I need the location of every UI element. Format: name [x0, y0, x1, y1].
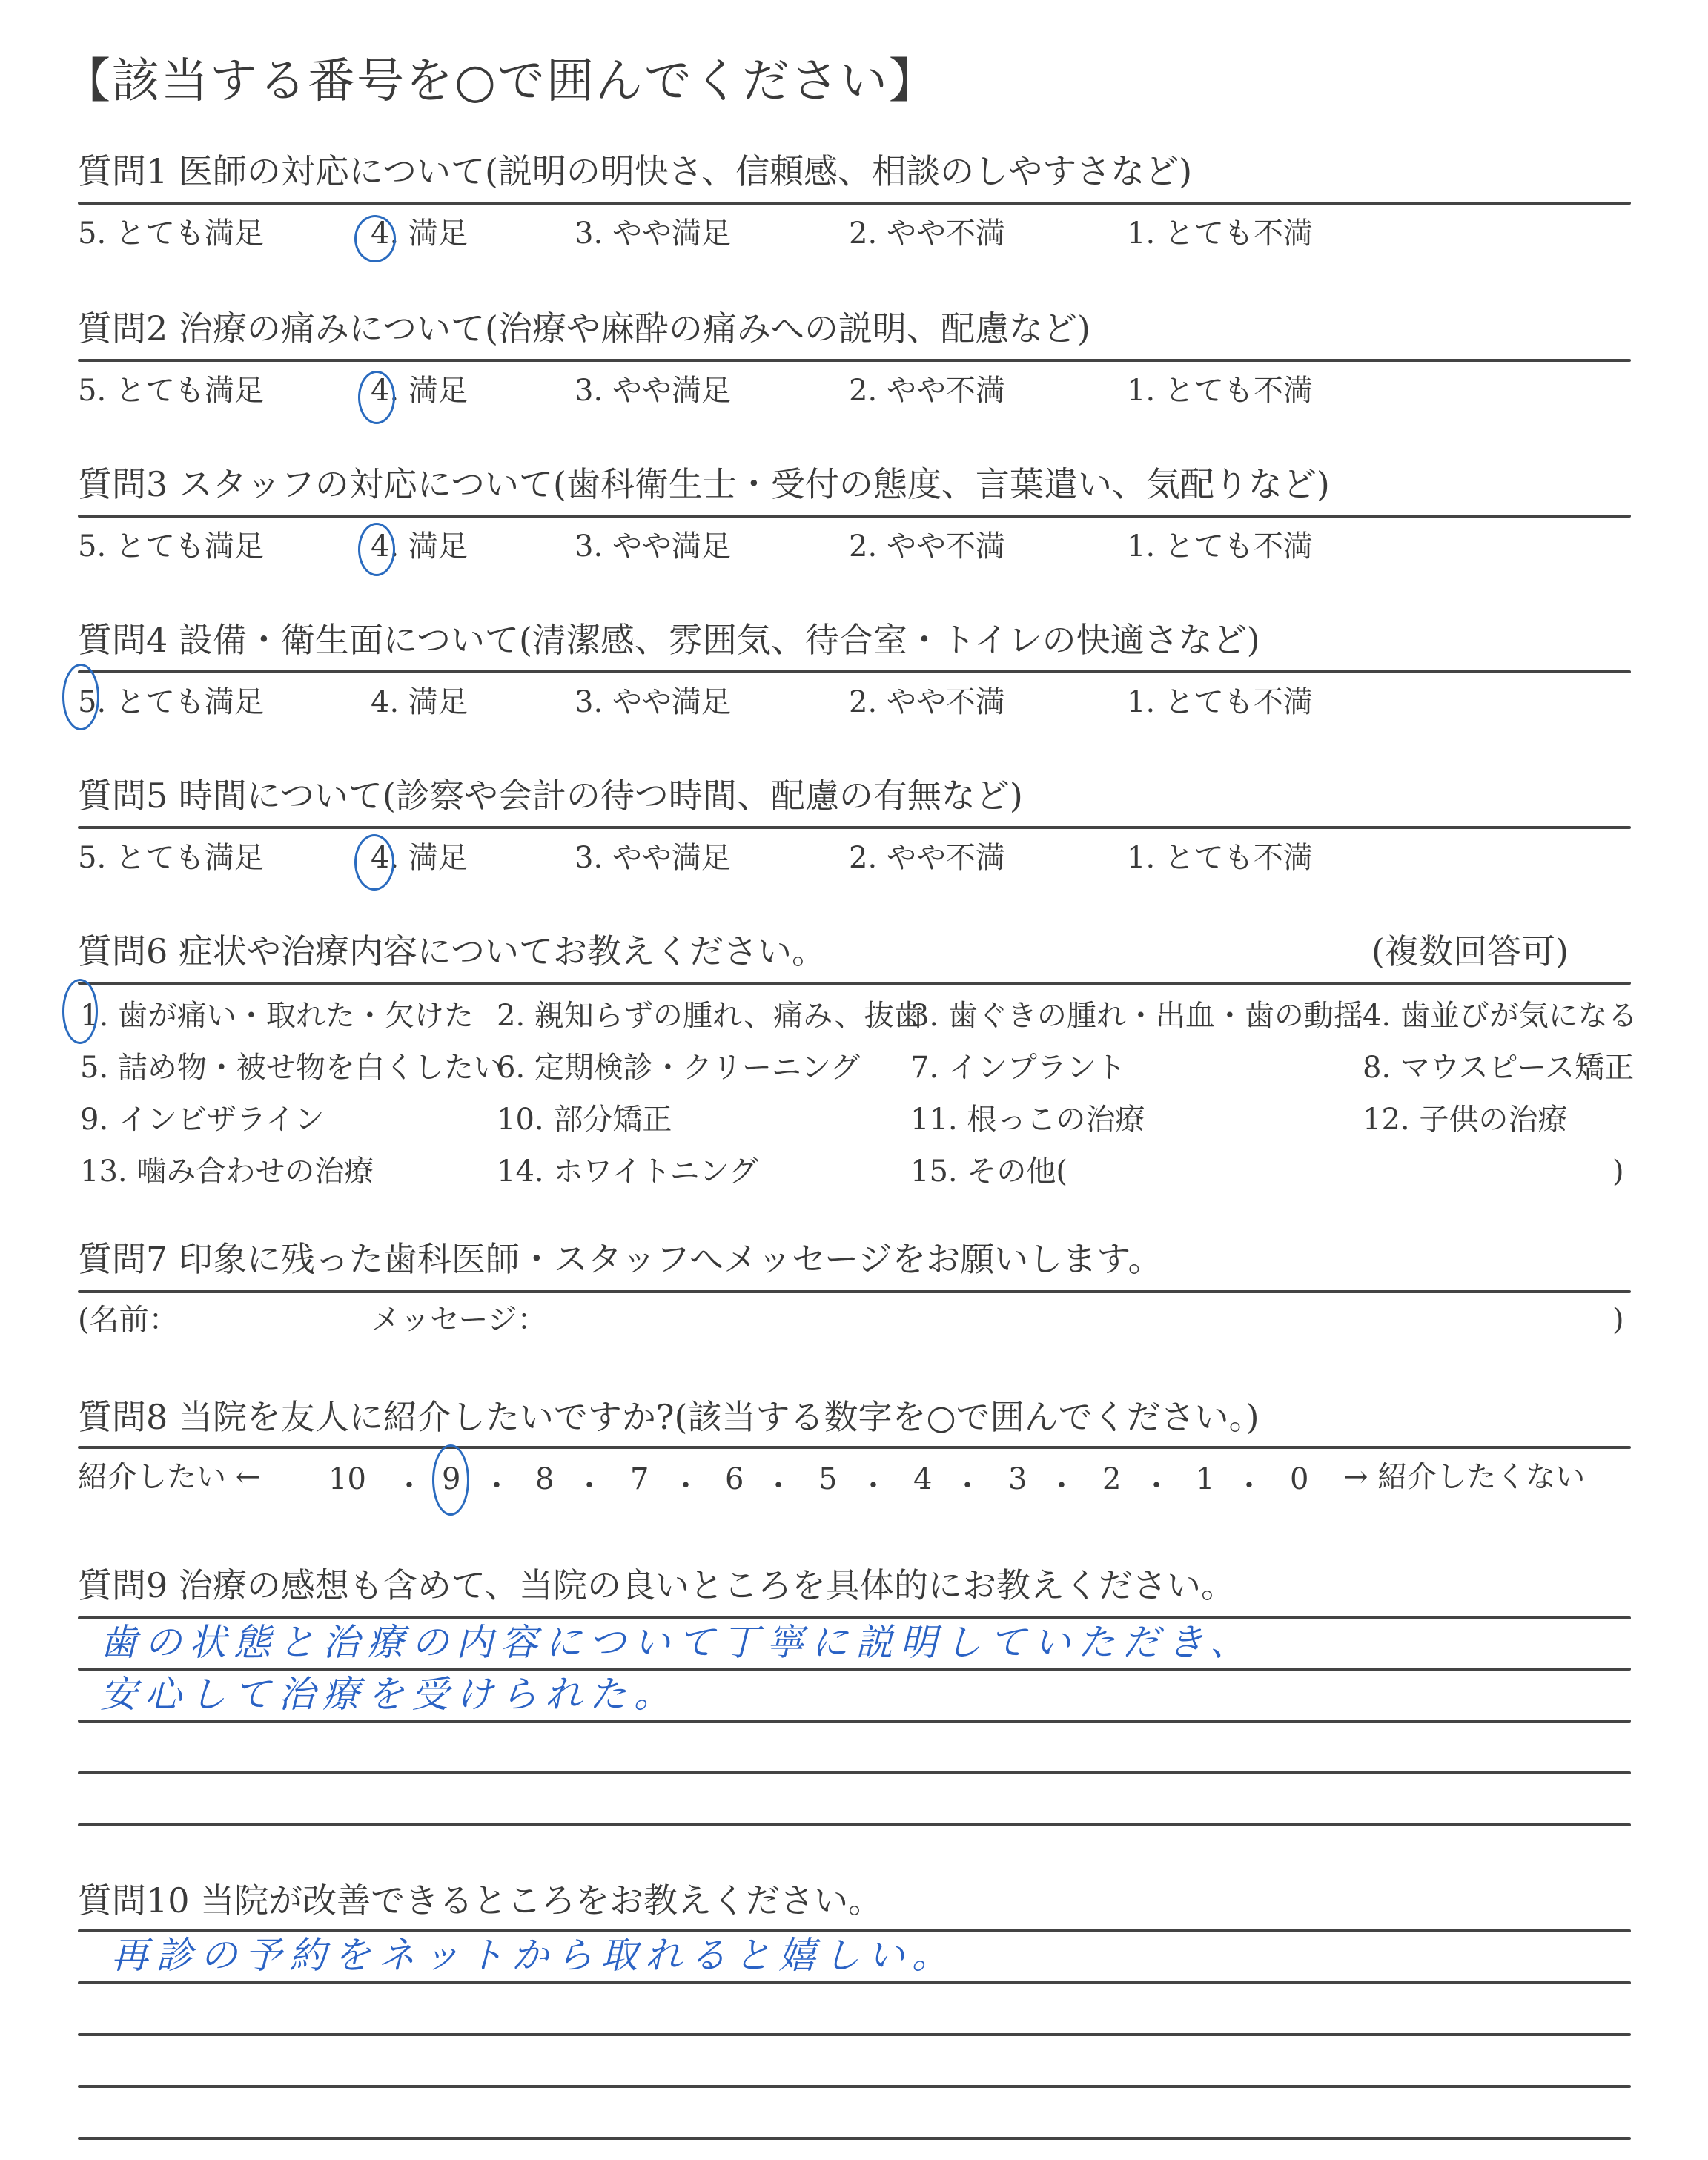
selection-circle	[62, 664, 99, 730]
selection-circle	[354, 834, 394, 891]
option-4[interactable]: 4. 満足	[371, 687, 468, 717]
scale-separator: ・	[394, 1462, 424, 1505]
scale-left-label: 紹介したい ←	[78, 1462, 260, 1492]
scale-6[interactable]: 6	[725, 1462, 744, 1496]
option-2[interactable]: 2. やや不満	[849, 532, 1005, 561]
message-label: メッセージ：	[371, 1305, 547, 1335]
option-1[interactable]: 1. とても不満	[1127, 532, 1313, 561]
scale-8[interactable]: 8	[535, 1462, 554, 1496]
handwritten-answer-line-1[interactable]: 再診の予約をネットから取れると嬉しい。	[111, 1937, 956, 1974]
selection-circle	[358, 523, 395, 576]
handwritten-answer-line-2[interactable]: 安心して治療を受けられた。	[100, 1676, 678, 1713]
scale-0[interactable]: 0	[1290, 1462, 1308, 1496]
question-8-label: 質問8 当院を友人に紹介したいですか?(該当する数字を○で囲んでください。)	[78, 1400, 1260, 1434]
selection-circle	[62, 979, 98, 1044]
scale-3[interactable]: 3	[1008, 1462, 1027, 1496]
option-2[interactable]: 2. やや不満	[849, 843, 1005, 873]
answer-line	[78, 1668, 1631, 1671]
answer-line	[78, 2033, 1631, 2036]
answer-line	[78, 2085, 1631, 2088]
question-7-label: 質問7 印象に残った歯科医師・スタッフへメッセージをお願いします。	[78, 1242, 1162, 1276]
divider	[78, 1929, 1631, 1932]
divider	[78, 359, 1631, 362]
close-paren: )	[1612, 1305, 1624, 1335]
option-5[interactable]: 5. とても満足	[78, 219, 264, 248]
option-2[interactable]: 2. やや不満	[849, 687, 1005, 717]
question-3-label: 質問3 スタッフの対応について(歯科衛生士・受付の態度、言葉遣い、気配りなど)	[78, 467, 1330, 501]
divider	[78, 982, 1631, 985]
answer-line	[78, 2137, 1631, 2140]
scale-10[interactable]: 10	[328, 1462, 366, 1496]
answer-line	[78, 1981, 1631, 1984]
q6-option-10[interactable]: 10. 部分矯正	[497, 1105, 672, 1135]
handwritten-answer-line-1[interactable]: 歯の状態と治療の内容について丁寧に説明していただき、	[100, 1624, 1254, 1661]
scale-4[interactable]: 4	[913, 1462, 932, 1496]
q6-other-close-paren: )	[1612, 1157, 1624, 1186]
multiple-answers-note: (複数回答可)	[1371, 934, 1569, 968]
option-3[interactable]: 3. やや満足	[575, 843, 731, 873]
q6-option-8[interactable]: 8. マウスピース矯正	[1363, 1053, 1634, 1083]
option-5[interactable]: 5. とても満足	[78, 376, 264, 406]
option-1[interactable]: 1. とても不満	[1127, 376, 1313, 406]
scale-separator: ・	[1234, 1462, 1264, 1505]
question-4-label: 質問4 設備・衛生面について(清潔感、雰囲気、待合室・トイレの快適さなど)	[78, 623, 1260, 657]
q6-option-5[interactable]: 5. 詰め物・被せ物を白くしたい	[80, 1053, 503, 1083]
scale-right-label: → 紹介したくない	[1343, 1462, 1585, 1492]
name-label: (名前：	[78, 1305, 179, 1335]
scale-separator: ・	[858, 1462, 888, 1505]
scale-separator: ・	[1142, 1462, 1171, 1505]
q6-option-1[interactable]: 1. 歯が痛い・取れた・欠けた	[80, 1001, 474, 1031]
form-title: 【該当する番号を○で囲んでください】	[63, 58, 938, 105]
option-1[interactable]: 1. とても不満	[1127, 687, 1313, 717]
scale-7[interactable]: 7	[630, 1462, 649, 1496]
option-1[interactable]: 1. とても不満	[1127, 219, 1313, 248]
option-1[interactable]: 1. とても不満	[1127, 843, 1313, 873]
q6-option-15[interactable]: 15. その他(	[910, 1157, 1067, 1186]
answer-line	[78, 1720, 1631, 1723]
option-5[interactable]: 5. とても満足	[78, 532, 264, 561]
scale-separator: ・	[1047, 1462, 1076, 1505]
divider	[78, 1616, 1631, 1619]
q6-option-4[interactable]: 4. 歯並びが気になる	[1363, 1001, 1638, 1031]
q6-option-9[interactable]: 9. インビザライン	[80, 1105, 325, 1135]
option-5[interactable]: 5. とても満足	[78, 687, 264, 717]
selection-circle	[354, 215, 396, 262]
option-2[interactable]: 2. やや不満	[849, 376, 1005, 406]
option-3[interactable]: 3. やや満足	[575, 219, 731, 248]
scale-5[interactable]: 5	[818, 1462, 837, 1496]
q6-option-2[interactable]: 2. 親知らずの腫れ、痛み、抜歯	[497, 1001, 924, 1031]
q6-option-3[interactable]: 3. 歯ぐきの腫れ・出血・歯の動揺	[910, 1001, 1363, 1031]
q6-option-11[interactable]: 11. 根っこの治療	[910, 1105, 1145, 1135]
option-3[interactable]: 3. やや満足	[575, 687, 731, 717]
option-2[interactable]: 2. やや不満	[849, 219, 1005, 248]
question-9-label: 質問9 治療の感想も含めて、当院の良いところを具体的にお教えください。	[78, 1568, 1235, 1602]
scale-separator: ・	[482, 1462, 512, 1505]
answer-line	[78, 1771, 1631, 1774]
option-5[interactable]: 5. とても満足	[78, 843, 264, 873]
name-field[interactable]	[215, 1305, 348, 1338]
message-field[interactable]	[563, 1305, 1601, 1338]
selection-circle	[358, 371, 395, 424]
divider	[78, 1446, 1631, 1449]
divider	[78, 826, 1631, 829]
q6-option-13[interactable]: 13. 噛み合わせの治療	[80, 1157, 374, 1186]
question-1-label: 質問1 医師の対応について(説明の明快さ、信頼感、相談のしやすさなど)	[78, 154, 1192, 188]
divider	[78, 202, 1631, 205]
scale-separator: ・	[575, 1462, 604, 1505]
answer-line	[78, 1823, 1631, 1826]
q6-option-12[interactable]: 12. 子供の治療	[1363, 1105, 1567, 1135]
scale-separator: ・	[671, 1462, 701, 1505]
divider	[78, 515, 1631, 518]
question-6-label: 質問6 症状や治療内容についてお教えください。	[78, 934, 826, 968]
option-3[interactable]: 3. やや満足	[575, 376, 731, 406]
scale-1[interactable]: 1	[1196, 1462, 1214, 1496]
q6-option-6[interactable]: 6. 定期検診・クリーニング	[497, 1053, 860, 1083]
question-10-label: 質問10 当院が改善できるところをお教えください。	[78, 1883, 882, 1918]
option-3[interactable]: 3. やや満足	[575, 532, 731, 561]
selection-circle	[432, 1444, 469, 1516]
scale-separator: ・	[953, 1462, 982, 1505]
question-5-label: 質問5 時間について(診察や会計の待つ時間、配慮の有無など)	[78, 779, 1023, 813]
scale-2[interactable]: 2	[1102, 1462, 1121, 1496]
scale-separator: ・	[764, 1462, 793, 1505]
divider	[78, 670, 1631, 673]
divider	[78, 1290, 1631, 1293]
question-2-label: 質問2 治療の痛みについて(治療や麻酔の痛みへの説明、配慮など)	[78, 311, 1090, 346]
q6-option-14[interactable]: 14. ホワイトニング	[497, 1157, 758, 1186]
q6-option-7[interactable]: 7. インプラント	[910, 1053, 1126, 1083]
